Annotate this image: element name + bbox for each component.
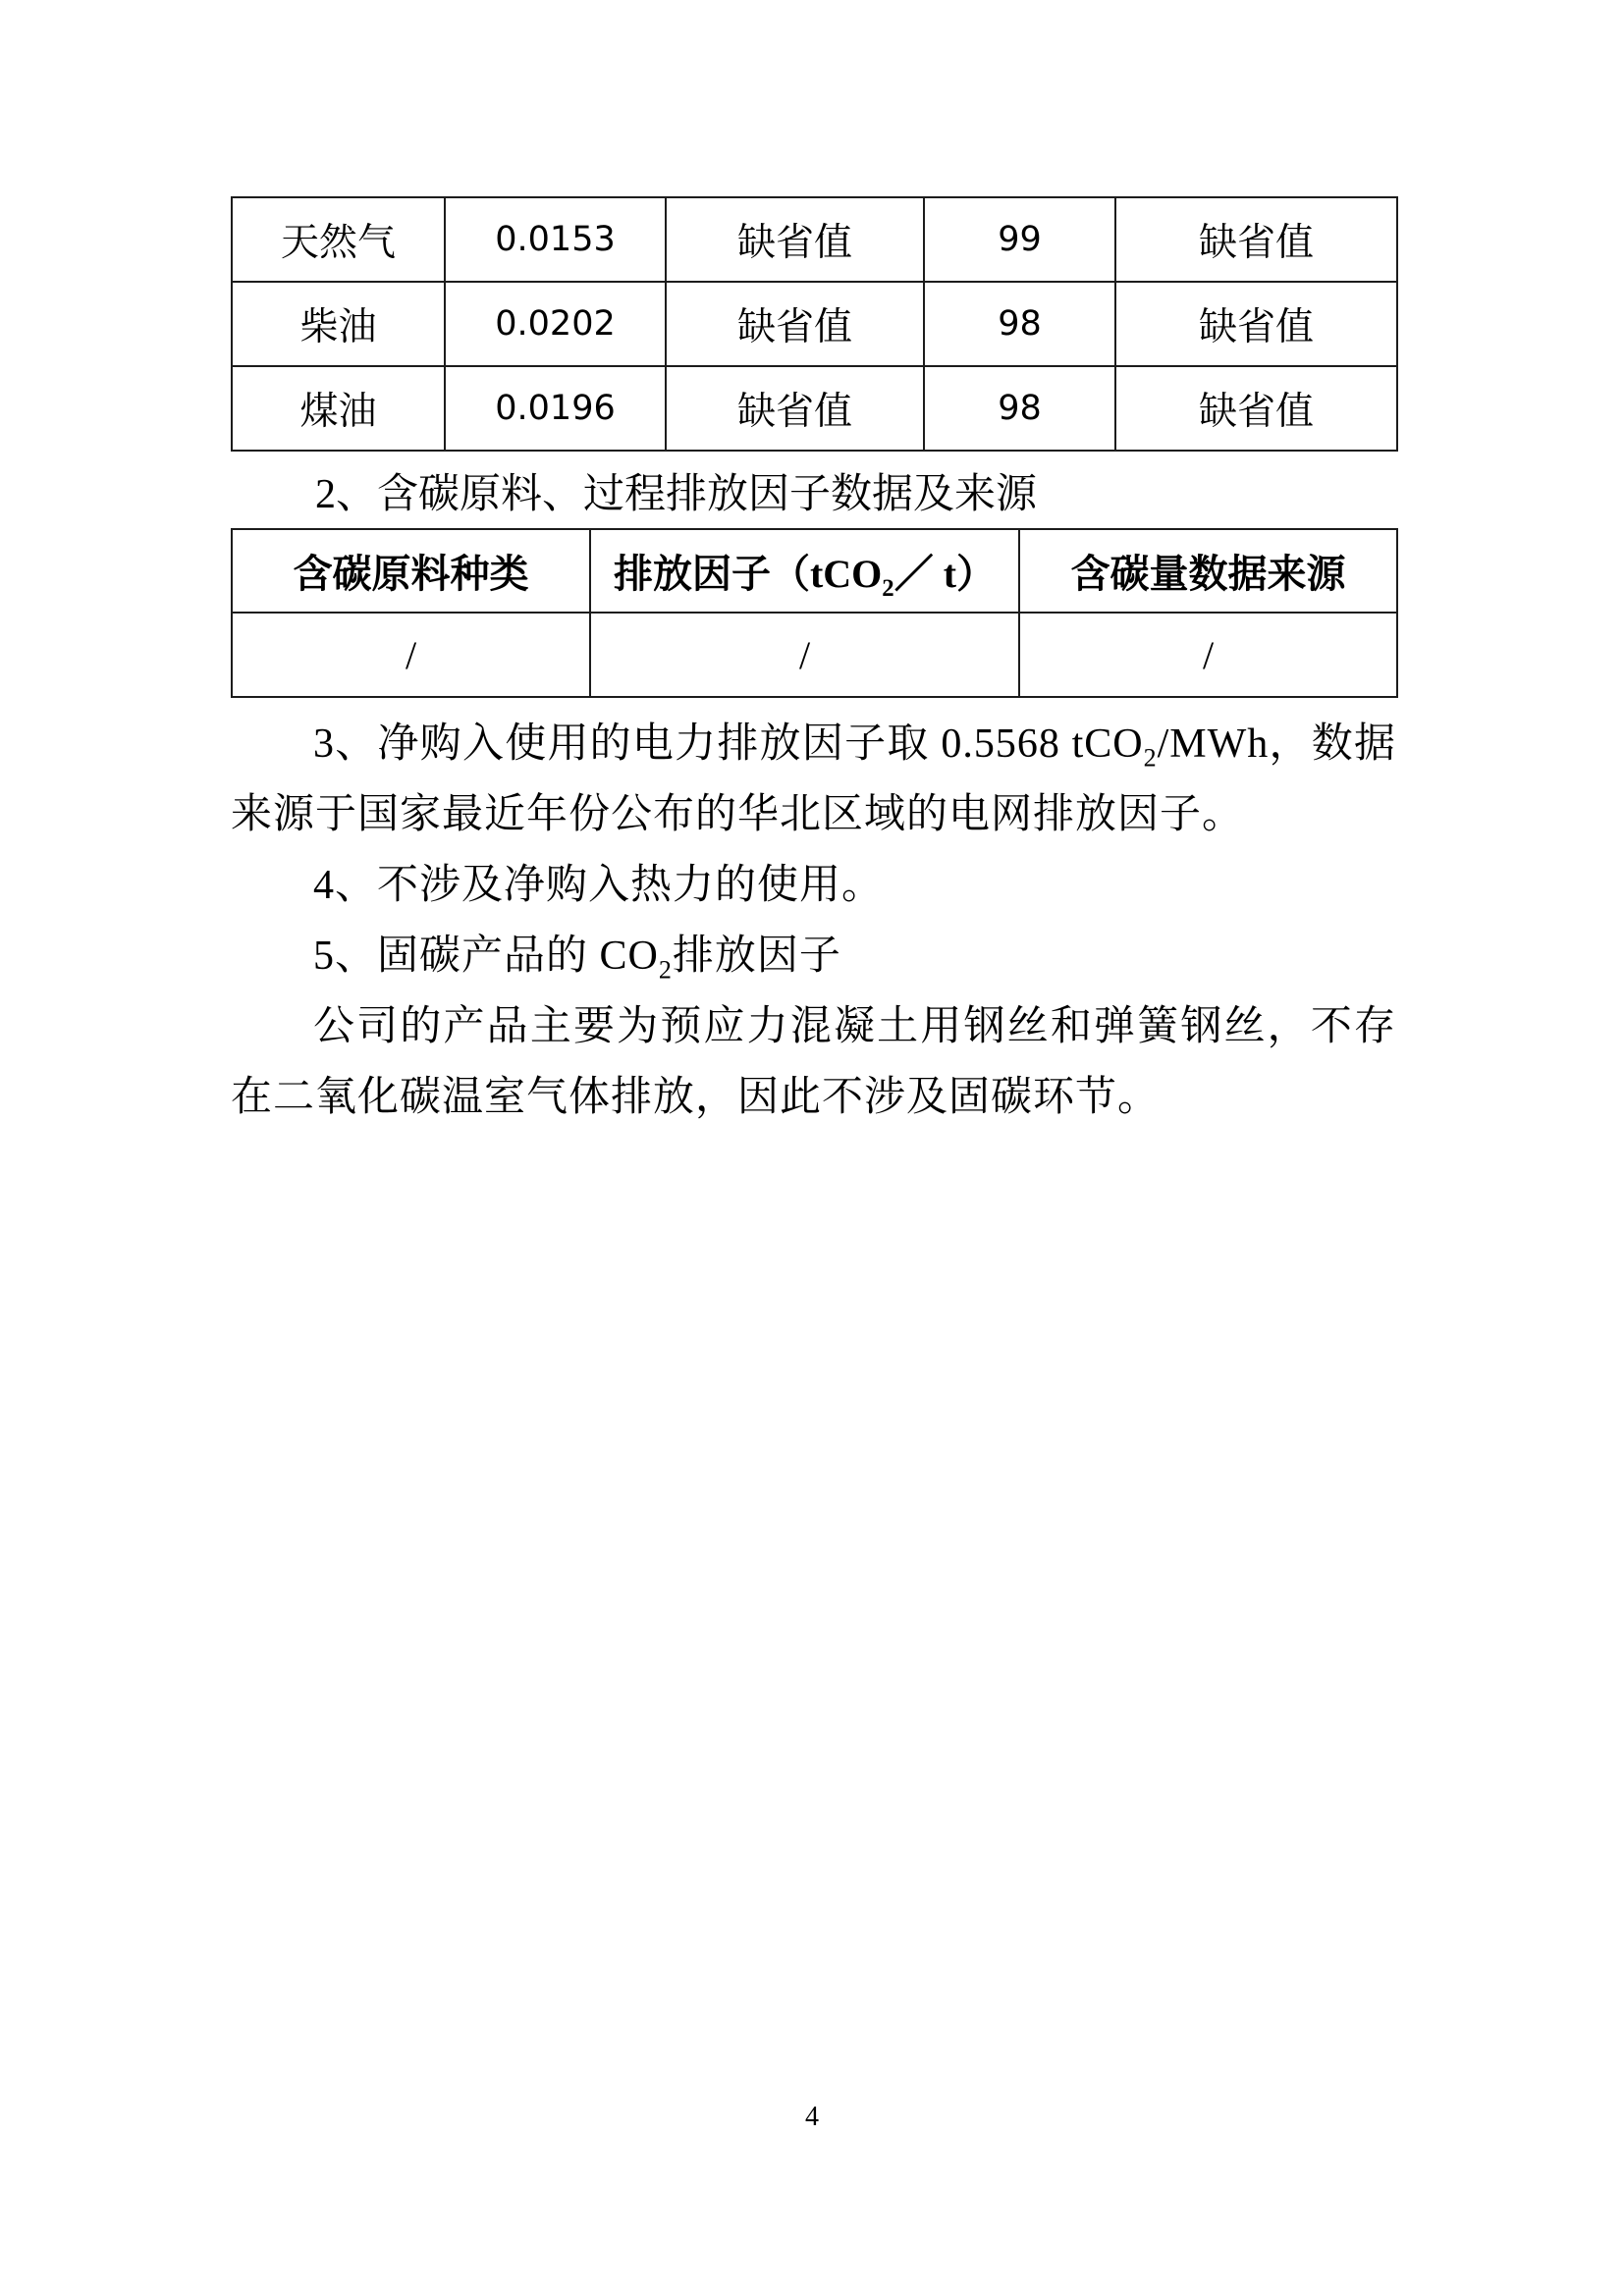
paragraph-electricity-factor: 3、净购入使用的电力排放因子取 0.5568 tCO2/MWh，数据来源于国家最…	[231, 709, 1396, 850]
paragraph-carbon-fixation-factor: 5、固碳产品的 CO2排放因子	[231, 921, 1396, 991]
co2-subscript: 2	[659, 955, 673, 984]
co2-subscript: 2	[882, 575, 893, 602]
table-row-diesel: 柴油 0.0202 缺省值 98 缺省值	[232, 282, 1397, 366]
source-cell: 缺省值	[1115, 366, 1397, 451]
carbon-material-table: 含碳原料种类 排放因子（tCO2／ t） 含碳量数据来源 / / /	[231, 528, 1398, 698]
fuel-name-cell: 天然气	[232, 197, 445, 282]
source-cell: 缺省值	[666, 282, 924, 366]
source-cell: 缺省值	[1115, 282, 1397, 366]
header-material-type: 含碳原料种类	[232, 529, 590, 613]
table-row-natural-gas: 天然气 0.0153 缺省值 99 缺省值	[232, 197, 1397, 282]
paragraph-company-products: 公司的产品主要为预应力混凝土用钢丝和弹簧钢丝，不存在二氧化碳温室气体排放，因此不…	[231, 991, 1396, 1133]
co2-subscript: 2	[1144, 743, 1158, 772]
table-data-row: / / /	[232, 613, 1397, 697]
header-emission-factor: 排放因子（tCO2／ t）	[590, 529, 1019, 613]
table-row-kerosene: 煤油 0.0196 缺省值 98 缺省值	[232, 366, 1397, 451]
table-header-row: 含碳原料种类 排放因子（tCO2／ t） 含碳量数据来源	[232, 529, 1397, 613]
fuel-emission-factor-table: 天然气 0.0153 缺省值 99 缺省值 柴油 0.0202 缺省值 98 缺…	[231, 196, 1398, 452]
header-emission-factor-unit: ／ t）	[894, 552, 996, 596]
document-page: 天然气 0.0153 缺省值 99 缺省值 柴油 0.0202 缺省值 98 缺…	[0, 0, 1624, 2296]
paragraph-text: 3、净购入使用的电力排放因子取 0.5568 tCO	[313, 721, 1144, 767]
paragraph-text: 5、固碳产品的 CO	[313, 934, 659, 979]
section-2-heading: 2、含碳原料、过程排放因子数据及来源	[231, 470, 1396, 519]
fuel-name-cell: 柴油	[232, 282, 445, 366]
factor-value-cell: 0.0202	[445, 282, 666, 366]
source-cell: 缺省值	[666, 197, 924, 282]
data-source-cell: /	[1019, 613, 1397, 697]
paragraph-text: 排放因子	[673, 934, 841, 979]
factor-value-cell: 0.0153	[445, 197, 666, 282]
body-text: 3、净购入使用的电力排放因子取 0.5568 tCO2/MWh，数据来源于国家最…	[231, 709, 1396, 1133]
fuel-name-cell: 煤油	[232, 366, 445, 451]
emission-factor-cell: /	[590, 613, 1019, 697]
source-cell: 缺省值	[1115, 197, 1397, 282]
paragraph-heat-not-involved: 4、不涉及净购入热力的使用。	[231, 850, 1396, 921]
factor-value-cell: 0.0196	[445, 366, 666, 451]
source-cell: 缺省值	[666, 366, 924, 451]
rate-value-cell: 99	[924, 197, 1115, 282]
header-carbon-data-source: 含碳量数据来源	[1019, 529, 1397, 613]
rate-value-cell: 98	[924, 366, 1115, 451]
page-number: 4	[0, 2101, 1624, 2134]
header-emission-factor-text: 排放因子（tCO	[614, 552, 882, 596]
material-type-cell: /	[232, 613, 590, 697]
rate-value-cell: 98	[924, 282, 1115, 366]
